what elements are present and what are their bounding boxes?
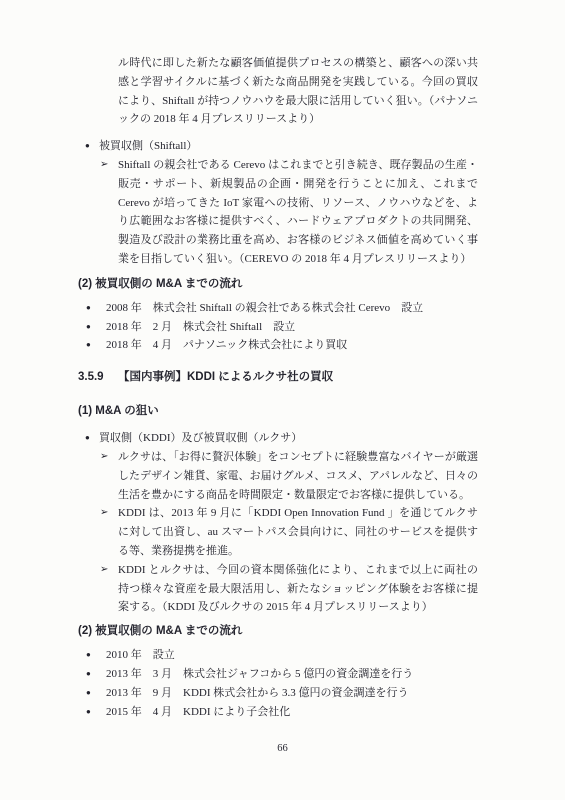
- timeline-text: 2013 年 9 月 KDDI 株式会社から 3.3 億円の資金調達を行う: [106, 684, 478, 703]
- document-page: ル時代に即した新たな顧客価値提供プロセスの構築と、顧客への深い共感と学習サイクル…: [0, 0, 565, 800]
- acquiree-detail-item: ➢ Shiftall の親会社である Cerevo はこれまでと引き続き、既存製…: [78, 156, 478, 269]
- parties-label: 買収側（KDDI）及び被買収側（ルクサ）: [99, 429, 478, 448]
- intro-continuation-paragraph: ル時代に即した新たな顧客価値提供プロセスの構築と、顧客への深い共感と学習サイクル…: [118, 54, 478, 129]
- timeline-text: 2015 年 4 月 KDDI により子会社化: [106, 703, 478, 722]
- kddi-timeline: ● 2010 年 設立 ● 2013 年 3 月 株式会社ジャフコから 5 億円…: [78, 646, 478, 721]
- timeline-item: ● 2018 年 2 月 株式会社 Shiftall 設立: [78, 318, 478, 337]
- page-number: 66: [0, 740, 565, 759]
- page-content: ル時代に即した新たな顧客価値提供プロセスの構築と、顧客への深い共感と学習サイクル…: [0, 0, 565, 721]
- section-heading: 3.5.9 【国内事例】KDDI によるルクサ社の買収: [78, 367, 478, 387]
- kddi-point-text: KDDI とルクサは、今回の資本関係強化により、これまで以上に両社の持つ様々な資…: [118, 561, 478, 617]
- timeline-text: 2008 年 株式会社 Shiftall の親会社である株式会社 Cerevo …: [106, 299, 478, 318]
- bullet-icon: ●: [86, 336, 91, 355]
- kddi-point-text: ルクサは、「お得に贅沢体験」をコンセプトに経験豊富なバイヤーが厳選したデザイン雑…: [118, 448, 478, 504]
- kddi-point-text: KDDI は、2013 年 9 月に「KDDI Open Innovation …: [118, 504, 478, 560]
- arrow-bullet-icon: ➢: [100, 448, 108, 467]
- timeline-item: ● 2013 年 9 月 KDDI 株式会社から 3.3 億円の資金調達を行う: [78, 684, 478, 703]
- timeline-item: ● 2013 年 3 月 株式会社ジャフコから 5 億円の資金調達を行う: [78, 665, 478, 684]
- kddi-point-item: ➢ KDDI とルクサは、今回の資本関係強化により、これまで以上に両社の持つ様々…: [78, 561, 478, 617]
- acquiree-detail-text: Shiftall の親会社である Cerevo はこれまでと引き続き、既存製品の…: [118, 156, 478, 269]
- arrow-bullet-icon: ➢: [100, 156, 108, 175]
- bullet-icon: ●: [86, 684, 91, 703]
- parties-bullet-item: ● 買収側（KDDI）及び被買収側（ルクサ）: [78, 429, 478, 448]
- kddi-flow-heading: (2) 被買収側の M&A までの流れ: [78, 622, 478, 641]
- shiftall-timeline: ● 2008 年 株式会社 Shiftall の親会社である株式会社 Cerev…: [78, 299, 478, 355]
- timeline-text: 2018 年 2 月 株式会社 Shiftall 設立: [106, 318, 478, 337]
- timeline-text: 2018 年 4 月 パナソニック株式会社により買収: [106, 336, 478, 355]
- acquiree-bullet-item: ● 被買収側（Shiftall）: [78, 137, 478, 156]
- timeline-item: ● 2008 年 株式会社 Shiftall の親会社である株式会社 Cerev…: [78, 299, 478, 318]
- timeline-text: 2010 年 設立: [106, 646, 478, 665]
- shiftall-flow-heading: (2) 被買収側の M&A までの流れ: [78, 275, 478, 294]
- section-number: 3.5.9: [78, 367, 118, 387]
- timeline-text: 2013 年 3 月 株式会社ジャフコから 5 億円の資金調達を行う: [106, 665, 478, 684]
- bullet-icon: ●: [86, 646, 91, 665]
- bullet-icon: ●: [86, 318, 91, 337]
- bullet-icon: ●: [85, 429, 90, 448]
- arrow-bullet-icon: ➢: [100, 504, 108, 523]
- kddi-aim-heading: (1) M&A の狙い: [78, 402, 478, 421]
- timeline-item: ● 2018 年 4 月 パナソニック株式会社により買収: [78, 336, 478, 355]
- timeline-item: ● 2015 年 4 月 KDDI により子会社化: [78, 703, 478, 722]
- kddi-point-item: ➢ ルクサは、「お得に贅沢体験」をコンセプトに経験豊富なバイヤーが厳選したデザイ…: [78, 448, 478, 504]
- bullet-icon: ●: [86, 703, 91, 722]
- timeline-item: ● 2010 年 設立: [78, 646, 478, 665]
- arrow-bullet-icon: ➢: [100, 561, 108, 580]
- bullet-icon: ●: [85, 137, 90, 156]
- section-title: 【国内事例】KDDI によるルクサ社の買収: [118, 367, 333, 387]
- bullet-icon: ●: [86, 665, 91, 684]
- acquiree-label: 被買収側（Shiftall）: [99, 137, 478, 156]
- bullet-icon: ●: [86, 299, 91, 318]
- kddi-point-item: ➢ KDDI は、2013 年 9 月に「KDDI Open Innovatio…: [78, 504, 478, 560]
